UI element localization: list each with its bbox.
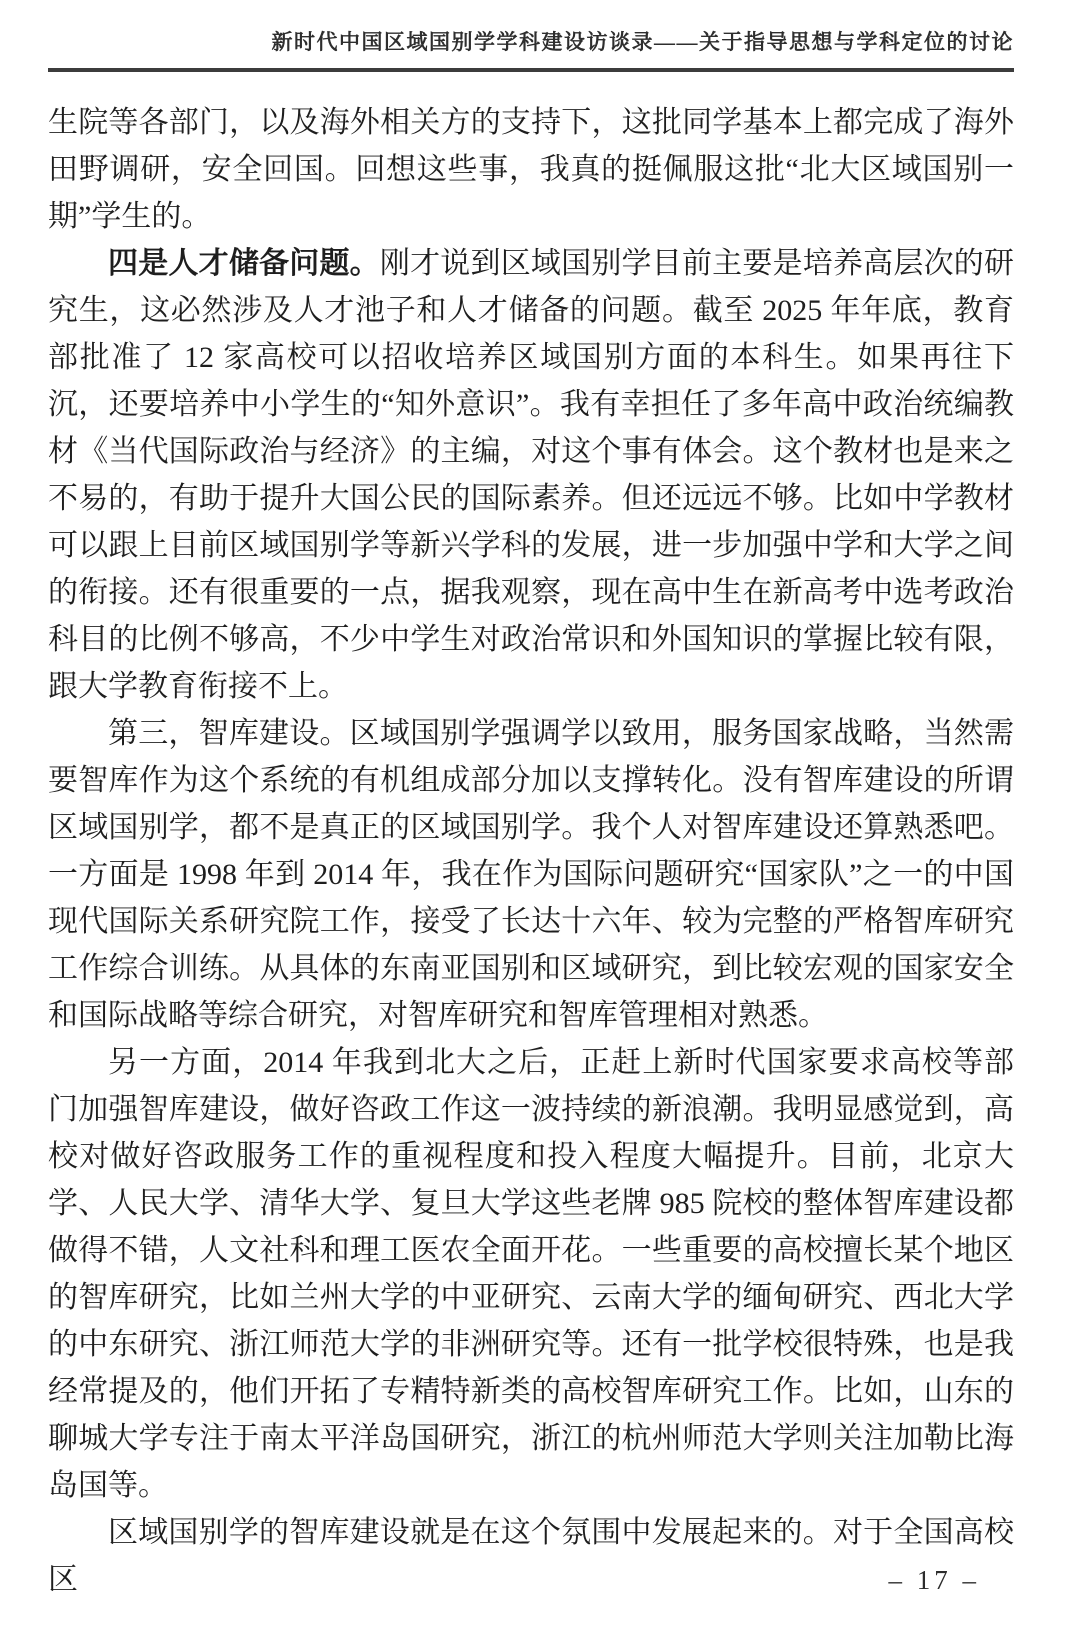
paragraph-text: 第三，智库建设。区域国别学强调学以致用，服务国家战略，当然需要智库作为这个系统的… [48, 717, 1014, 1032]
paragraph: 生院等各部门，以及海外相关方的支持下，这批同学基本上都完成了海外田野调研，安全回… [48, 99, 1014, 240]
paragraph-text: 刚才说到区域国别学目前主要是培养高层次的研究生，这必然涉及人才池子和人才储备的问… [48, 247, 1014, 703]
paragraph: 四是人才储备问题。刚才说到区域国别学目前主要是培养高层次的研究生，这必然涉及人才… [48, 240, 1014, 710]
paragraph-text: 区域国别学的智库建设就是在这个氛围中发展起来的。对于全国高校区 [48, 1516, 1014, 1596]
document-page: 新时代中国区域国别学学科建设访谈录——关于指导思想与学科定位的讨论 生院等各部门… [0, 0, 1080, 1648]
header-rule [48, 68, 1014, 72]
running-header: 新时代中国区域国别学学科建设访谈录——关于指导思想与学科定位的讨论 [48, 26, 1014, 56]
paragraph-lead-bold: 四是人才储备问题。 [108, 247, 380, 280]
page-body: 生院等各部门，以及海外相关方的支持下，这批同学基本上都完成了海外田野调研，安全回… [48, 99, 1014, 1603]
page-number: – 17 – [889, 1565, 981, 1596]
paragraph-text: 另一方面，2014 年我到北大之后，正赶上新时代国家要求高校等部门加强智库建设，… [48, 1046, 1014, 1502]
paragraph-text: 生院等各部门，以及海外相关方的支持下，这批同学基本上都完成了海外田野调研，安全回… [48, 106, 1014, 233]
paragraph: 第三，智库建设。区域国别学强调学以致用，服务国家战略，当然需要智库作为这个系统的… [48, 710, 1014, 1039]
paragraph: 另一方面，2014 年我到北大之后，正赶上新时代国家要求高校等部门加强智库建设，… [48, 1039, 1014, 1509]
paragraph: 区域国别学的智库建设就是在这个氛围中发展起来的。对于全国高校区 [48, 1509, 1014, 1603]
